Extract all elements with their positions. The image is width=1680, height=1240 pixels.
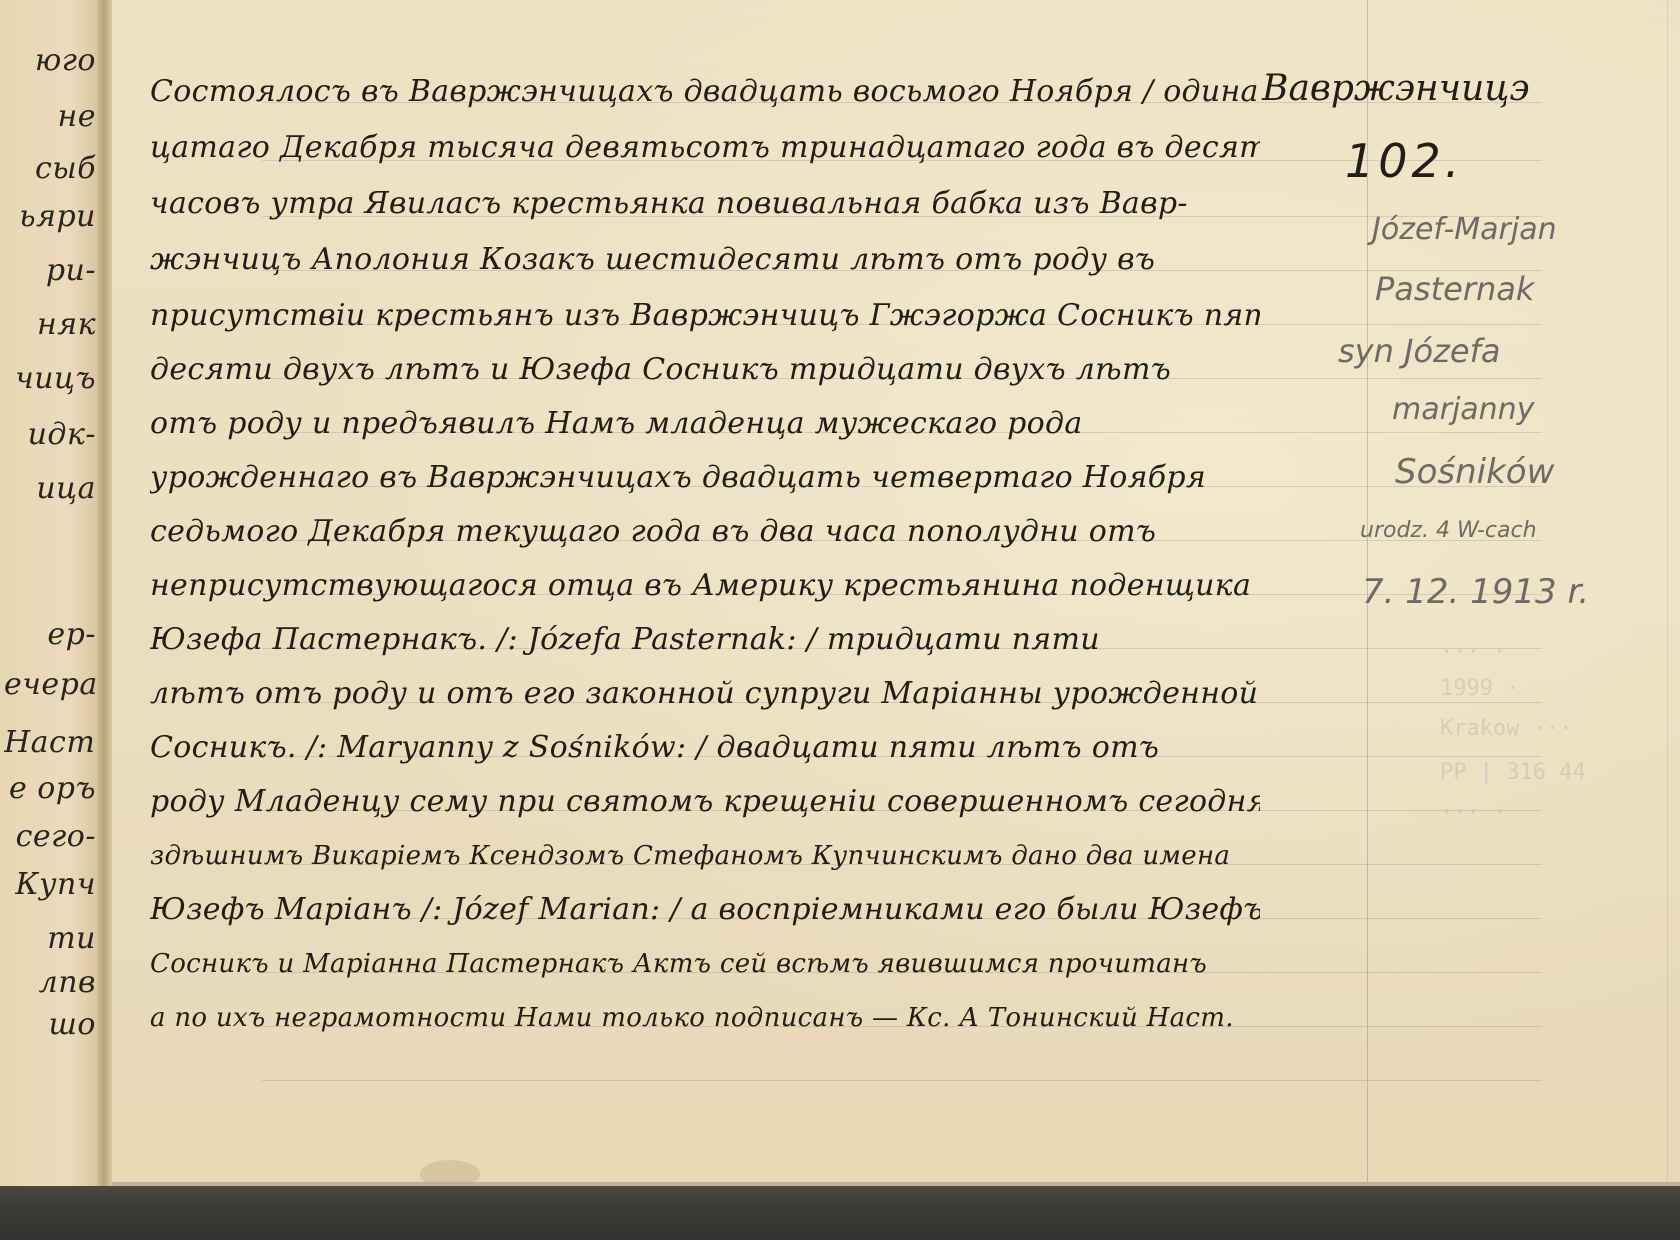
- record-text-line: Сосникъ. /: Maryanny z Sośników: / двадц…: [150, 728, 1260, 768]
- pencil-note-mother-maiden-name: Sośników: [1395, 452, 1554, 492]
- left-line: ьяри: [4, 200, 96, 234]
- pencil-note-given-names: Józef-Marjan: [1372, 212, 1557, 247]
- record-text-line: лѣтъ отъ роду и отъ его законной супруги…: [150, 674, 1260, 714]
- record-number: 102.: [1345, 134, 1463, 188]
- left-page-fragment: юго не сыб ьяри ри- няк чицъ идк- ица ер…: [0, 0, 100, 1240]
- record-text-line: урожденнаго въ Вавржэнчицахъ двадцать че…: [150, 458, 1260, 498]
- record-signature-line: а по ихъ неграмотности Нами только подпи…: [150, 998, 1260, 1038]
- left-line: лпв: [4, 966, 96, 1000]
- record-text-line: часовъ утра Явиласъ крестьянка повивальн…: [150, 184, 1260, 224]
- book-gutter: [98, 0, 112, 1240]
- left-line: чицъ: [4, 362, 96, 396]
- record-text-line: жэнчицъ Аполония Козакъ шестидесяти лѣтъ…: [150, 240, 1260, 280]
- record-text-line: Состоялосъ въ Вавржэнчицахъ двадцать вос…: [150, 72, 1260, 112]
- left-line: е оръ: [4, 772, 96, 806]
- record-text-line: присутствіи крестьянъ изъ Вавржэнчицъ Гж…: [150, 296, 1260, 336]
- scanned-register-page: юго не сыб ьяри ри- няк чицъ идк- ица ер…: [0, 0, 1680, 1240]
- left-line: ечера: [4, 668, 96, 702]
- record-text-line: неприсутствующагося отца въ Америку крес…: [150, 566, 1260, 606]
- faded-stamp-line: ··· ·: [1440, 800, 1560, 825]
- pencil-note-birthplace: urodz. 4 W-cach: [1360, 518, 1537, 543]
- record-text-line: Сосникъ и Маріанна Пастернакъ Актъ сей в…: [150, 944, 1260, 984]
- faded-stamp-line: ··· ·: [1440, 640, 1560, 665]
- pencil-note-birthdate: 7. 12. 1913 r.: [1362, 572, 1589, 612]
- pencil-note-father: syn Józefa: [1338, 332, 1500, 370]
- faded-stamp-line: Krakow ···: [1440, 716, 1560, 741]
- left-line: шо: [4, 1008, 96, 1042]
- left-line: ер-: [4, 618, 96, 652]
- pencil-note-mother: marjanny: [1392, 392, 1534, 427]
- left-line: ри-: [4, 254, 96, 288]
- left-line: не: [4, 100, 96, 134]
- record-text-line: роду Младенцу сему при святомъ крещеніи …: [150, 782, 1260, 822]
- record-text-line: седьмого Декабря текущаго года въ два ча…: [150, 512, 1260, 552]
- record-text-line: Юзефа Пастернакъ. /: Józefa Pasternak: /…: [150, 620, 1260, 660]
- right-edge-rule: [1667, 0, 1668, 1186]
- left-line: юго: [4, 44, 96, 78]
- record-text-line: Юзефъ Маріанъ /: Józef Marian: / а воспр…: [150, 890, 1260, 930]
- scanner-background-strip: [0, 1186, 1680, 1240]
- left-line: ти: [4, 922, 96, 956]
- faded-stamp-line: PP | 316 44: [1440, 760, 1560, 785]
- left-line: сыб: [4, 152, 96, 186]
- faded-stamp-line: 1999 ·: [1440, 676, 1560, 701]
- ruled-line: [262, 1080, 1542, 1081]
- record-text-line: десяти двухъ лѣтъ и Юзефа Сосникъ тридца…: [150, 350, 1260, 390]
- record-text-line: цатаго Декабря тысяча девятьсотъ тринадц…: [150, 128, 1260, 168]
- record-text-line: отъ роду и предъявилъ Намъ младенца муже…: [150, 404, 1260, 444]
- left-line: ица: [4, 472, 96, 506]
- left-line: сего-: [4, 820, 96, 854]
- left-line: няк: [4, 308, 96, 342]
- record-text-line: здѣшнимъ Викаріемъ Ксендзомъ Стефаномъ К…: [150, 836, 1260, 876]
- place-heading: Вавржэнчицэ: [1262, 68, 1530, 109]
- left-line: Наст-: [4, 726, 96, 760]
- left-line: Купч: [4, 868, 96, 902]
- pencil-note-surname: Pasternak: [1375, 270, 1534, 308]
- left-line: идк-: [4, 418, 96, 452]
